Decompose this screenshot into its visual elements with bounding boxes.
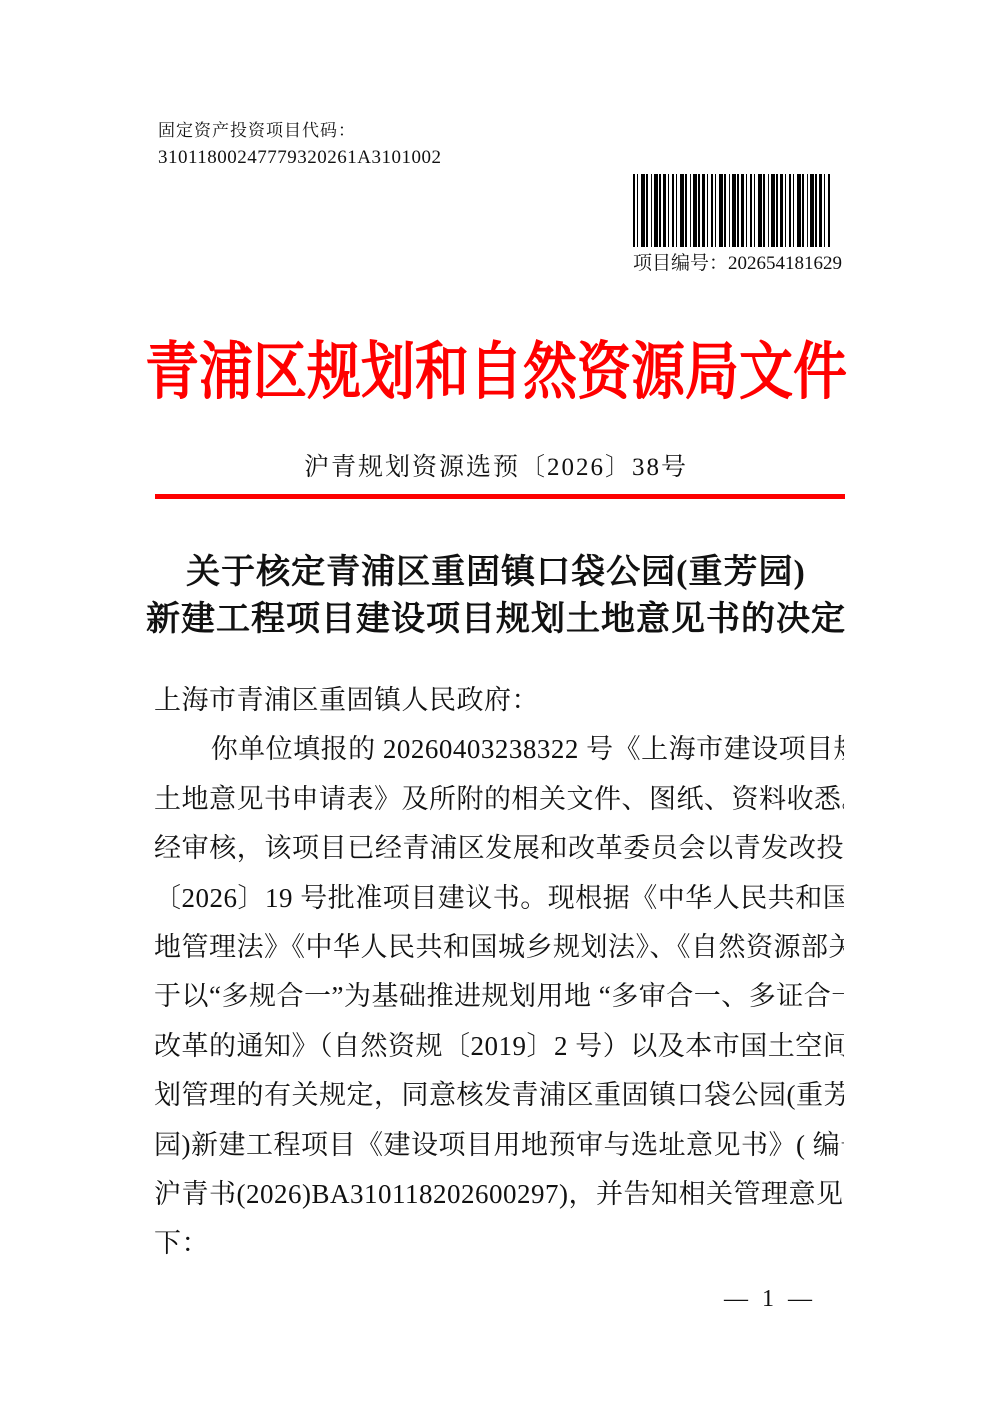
project-code-value: 31011800247779320261A3101002 (158, 144, 442, 172)
body-line: 园)新建工程项目《建设项目用地预审与选址意见书》( 编号： (154, 1121, 844, 1170)
fixed-asset-code-block: 固定资产投资项目代码： 31011800247779320261A3101002 (158, 118, 442, 172)
agency-title: 青浦区规划和自然资源局文件 (145, 322, 847, 411)
project-code-label: 固定资产投资项目代码： (158, 118, 442, 144)
body-line: 土地意见书申请表》及所附的相关文件、图纸、资料收悉。 (154, 775, 844, 824)
document-title-line1: 关于核定青浦区重固镇口袋公园(重芳园) (100, 549, 892, 596)
doc-number: 沪青规划资源选预〔2026〕38号 (0, 447, 992, 483)
barcode-label: 项目编号：202654181629 (633, 252, 833, 276)
document-page: 固定资产投资项目代码： 31011800247779320261A3101002… (0, 0, 992, 1403)
body-line: 〔2026〕19 号批准项目建议书。现根据《中华人民共和国土 (154, 874, 844, 923)
agency-title-wrap: 青浦区规划和自然资源局文件 (0, 322, 992, 399)
barcode-block: 项目编号：202654181629 (633, 174, 833, 276)
body-line: 地管理法》《中华人民共和国城乡规划法》、《自然资源部关 (154, 923, 844, 972)
body-text: 上海市青浦区重固镇人民政府： 你单位填报的 20260403238322 号《上… (154, 676, 844, 1269)
page-number: — 1 — (724, 1286, 816, 1313)
body-line: 你单位填报的 20260403238322 号《上海市建设项目规划 (154, 725, 844, 774)
red-divider-line (155, 494, 845, 499)
barcode-image (633, 174, 831, 247)
document-title: 关于核定青浦区重固镇口袋公园(重芳园) 新建工程项目建设项目规划土地意见书的决定 (100, 549, 892, 643)
body-line-closing: 下： (154, 1219, 844, 1268)
body-line: 于以“多规合一”为基础推进规划用地 “多审合一、多证合一” (154, 972, 844, 1021)
body-line: 经审核，该项目已经青浦区发展和改革委员会以青发改投 (154, 824, 844, 873)
body-line-salutation: 上海市青浦区重固镇人民政府： (154, 676, 844, 725)
body-line: 沪青书(2026)BA310118202600297)，并告知相关管理意见如 (154, 1170, 844, 1219)
body-line: 改革的通知》（自然资规〔2019〕2 号）以及本市国土空间规 (154, 1022, 844, 1071)
body-line: 划管理的有关规定，同意核发青浦区重固镇口袋公园(重芳 (154, 1071, 844, 1120)
document-title-line2: 新建工程项目建设项目规划土地意见书的决定 (100, 596, 892, 643)
